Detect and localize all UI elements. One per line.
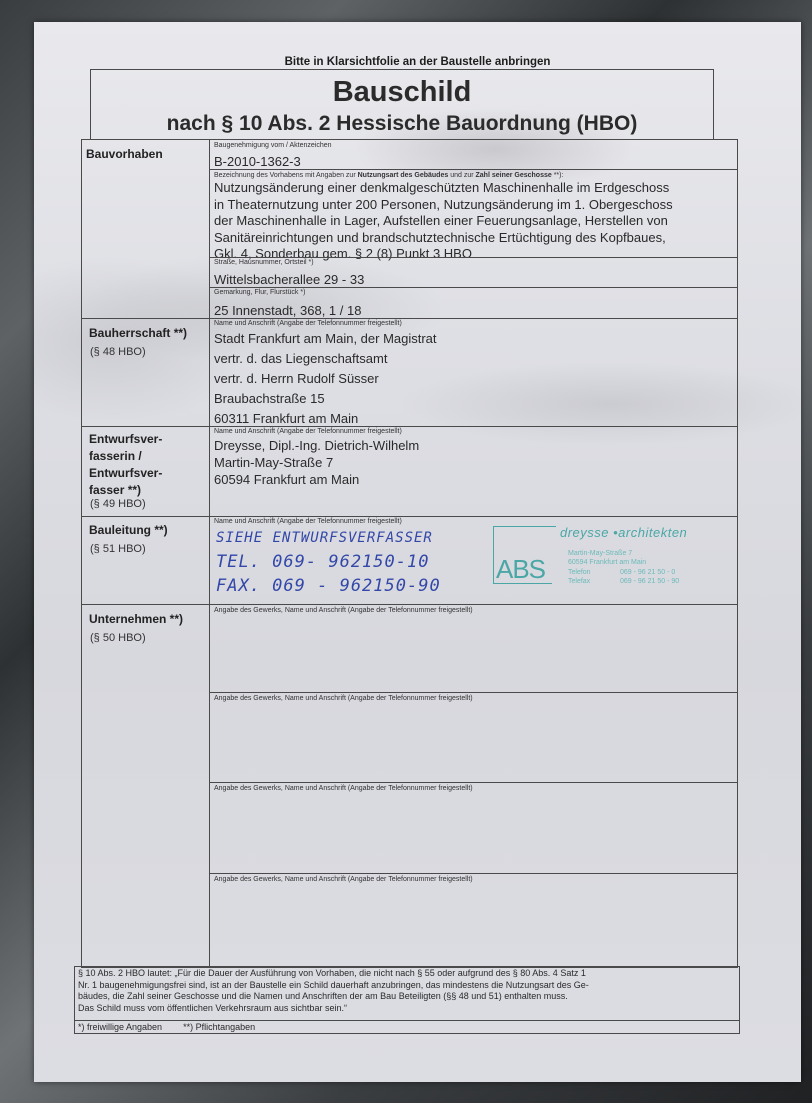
stamp-brand: dreysse •architekten [560,525,687,540]
legal-text: § 10 Abs. 2 HBO lautet: „Für die Dauer d… [78,968,738,1014]
section-divider [81,604,738,605]
designer-caption: Name und Anschrift (Angabe der Telefonnu… [214,428,402,435]
section-ref-bauherrschaft: (§ 48 HBO) [90,346,146,358]
contractor-slot-2-caption: Angabe des Gewerks, Name und Anschrift (… [214,695,473,702]
handwritten-see-designer: SIEHE ENTWURFSVERFASSER [216,530,433,546]
section-ref-bauleitung: (§ 51 HBO) [90,543,146,555]
stamp-fax: 069 - 96 21 50 - 90 [620,578,679,585]
stamp-fax-label: Telefax [568,578,590,585]
section-label-unternehmen: Unternehmen **) [89,611,183,628]
stamp-logo: ABS [496,554,545,585]
row-divider [209,782,738,783]
stamp-city: 60594 Frankfurt am Main [568,559,646,566]
row-divider [209,692,738,693]
construction-sign-sheet: Bitte in Klarsichtfolie an der Baustelle… [34,22,801,1082]
permit-caption: Baugenehmigung vom / Aktenzeichen [214,142,332,149]
section-ref-entwurfsverfasser: (§ 49 HBO) [90,498,146,510]
row-divider [209,873,738,874]
parcel-caption: Gemarkung, Flur, Flurstück *) [214,289,305,296]
section-label-bauleitung: Bauleitung **) [89,522,168,539]
owner-address: Stadt Frankfurt am Main, der Magistrat v… [214,329,437,429]
column-divider [209,139,210,968]
section-divider [81,426,738,427]
footnote-optional: *) freiwillige Angaben [78,1022,162,1032]
section-label-bauvorhaben: Bauvorhaben [86,146,163,163]
title-box: Bauschild nach § 10 Abs. 2 Hessische Bau… [90,69,714,139]
page-title: Bauschild [91,76,713,109]
project-description: Nutzungsänderung einer denkmalgeschützte… [214,180,673,263]
handwritten-phone: TEL. 069- 962150-10 [216,552,429,572]
page-subtitle: nach § 10 Abs. 2 Hessische Bauordnung (H… [91,112,713,136]
street-caption: Straße, Hausnummer, Ortsteil *) [214,259,314,266]
footnote-mandatory: **) Pflichtangaben [183,1022,255,1032]
row-divider [209,169,738,170]
footnote-divider [74,1020,740,1021]
designer-address: Dreysse, Dipl.-Ing. Dietrich-Wilhelm Mar… [214,437,419,488]
description-caption: Bezeichnung des Vorhabens mit Angaben zu… [214,172,563,179]
row-divider [209,287,738,288]
stamp-street: Martin-May-Straße 7 [568,550,632,557]
section-label-bauherrschaft: Bauherrschaft **) [89,325,187,342]
site-management-caption: Name und Anschrift (Angabe der Telefonnu… [214,518,402,525]
stamp-phone: 069 - 96 21 50 - 0 [620,569,675,576]
section-label-entwurfsverfasser: Entwurfsver- fasserin / Entwurfsver- fas… [89,431,162,499]
contractor-slot-3-caption: Angabe des Gewerks, Name und Anschrift (… [214,785,473,792]
contractor-slot-1-caption: Angabe des Gewerks, Name und Anschrift (… [214,607,473,614]
footnotes: *) freiwillige Angaben **) Pflichtangabe… [78,1022,255,1032]
handwritten-fax: FAX. 069 - 962150-90 [216,576,441,596]
row-divider [209,257,738,258]
instruction-hint: Bitte in Klarsichtfolie an der Baustelle… [34,56,801,68]
architect-stamp: ABS dreysse •architekten Martin-May-Stra… [490,522,740,600]
stamp-phone-label: Telefon [568,569,591,576]
owner-caption: Name und Anschrift (Angabe der Telefonnu… [214,320,402,327]
section-divider [81,318,738,319]
contractor-slot-4-caption: Angabe des Gewerks, Name und Anschrift (… [214,876,473,883]
section-ref-unternehmen: (§ 50 HBO) [90,632,146,644]
section-divider [81,516,738,517]
